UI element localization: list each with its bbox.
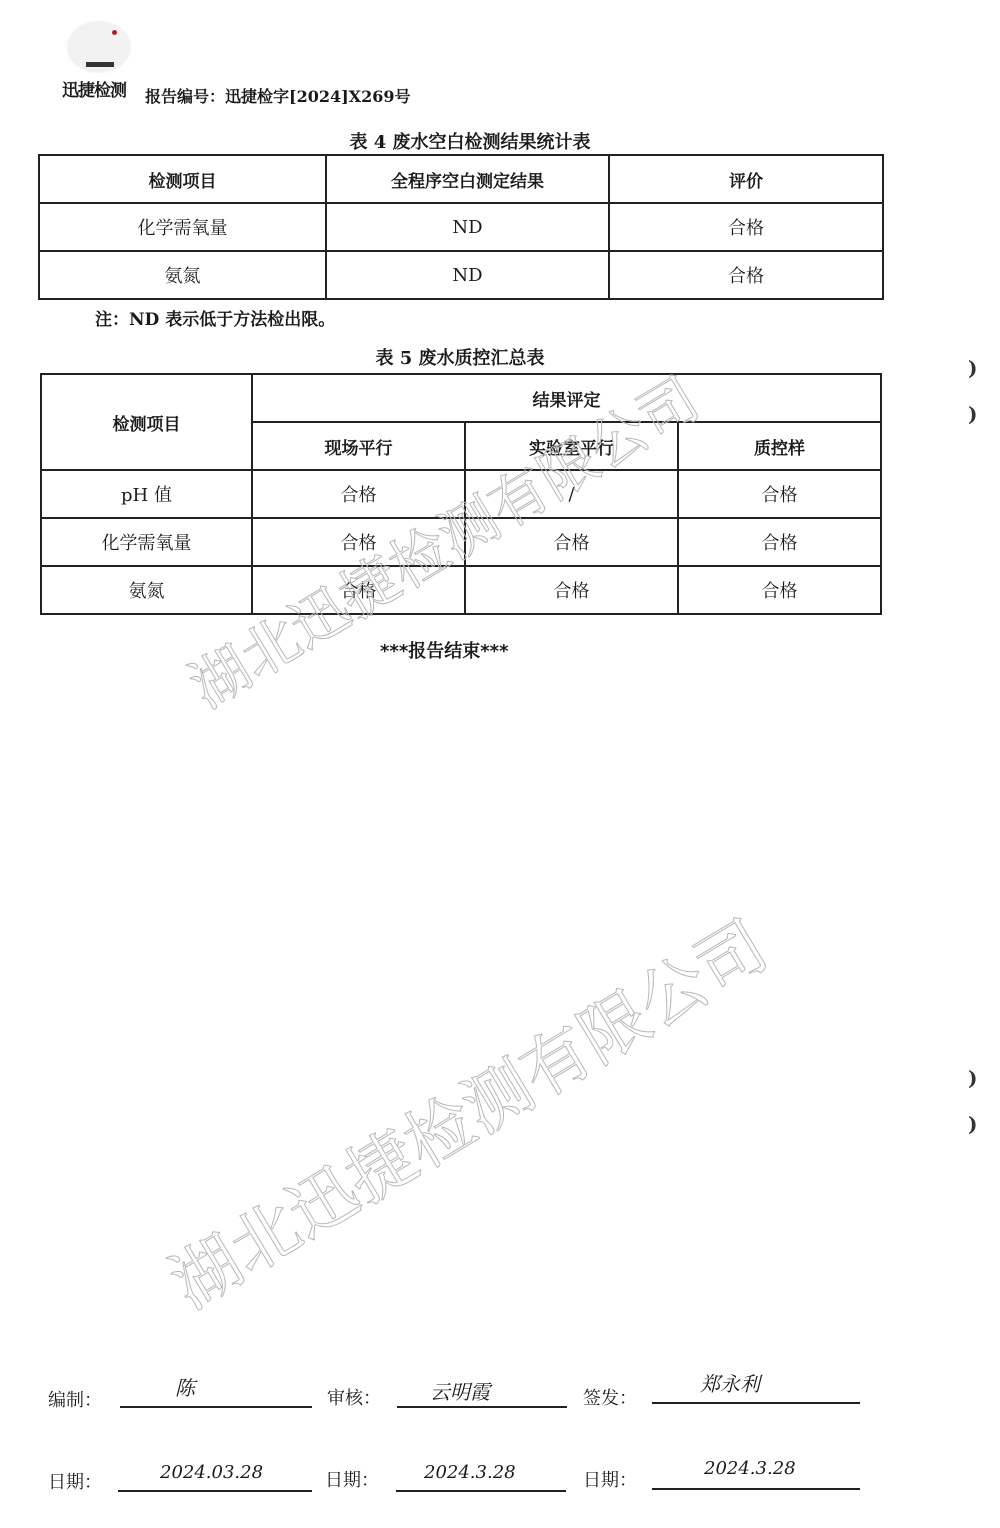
table-cell: 合格 bbox=[609, 203, 883, 251]
report-end-marker: ***报告结束*** bbox=[380, 637, 508, 663]
table-cell: 合格 bbox=[252, 566, 465, 614]
compiled-date: 2024.03.28 bbox=[160, 1462, 263, 1483]
table-cell: 合格 bbox=[465, 518, 678, 566]
approved-sign-line bbox=[652, 1402, 860, 1404]
table-cell: 合格 bbox=[465, 566, 678, 614]
table-cell: ND bbox=[326, 251, 609, 299]
binding-mark: ) bbox=[968, 356, 977, 380]
table5: 检测项目 结果评定 现场平行 实验室平行 质控样 pH 值 合格 / 合格 化学… bbox=[40, 373, 882, 615]
compiled-sign-line bbox=[120, 1406, 312, 1408]
table-cell: 合格 bbox=[252, 470, 465, 518]
logo-text: 迅捷检测 bbox=[62, 76, 132, 101]
approved-date-line bbox=[652, 1488, 860, 1490]
company-logo: 迅捷检测 bbox=[62, 22, 132, 101]
reviewed-label: 审核： bbox=[327, 1384, 381, 1410]
table-cell: / bbox=[465, 470, 678, 518]
table-row: 化学需氧量 合格 合格 合格 bbox=[41, 518, 881, 566]
table-cell: 氨氮 bbox=[39, 251, 326, 299]
approved-date-label: 日期： bbox=[583, 1466, 637, 1492]
approved-signature: 郑永利 bbox=[700, 1368, 760, 1397]
table-cell: 合格 bbox=[609, 251, 883, 299]
table5-subheader: 现场平行 bbox=[252, 422, 465, 470]
binding-mark: ) bbox=[968, 402, 977, 426]
table-row: 氨氮 ND 合格 bbox=[39, 251, 883, 299]
report-number: 报告编号：迅捷检字[2024]X269号 bbox=[145, 84, 411, 107]
table5-header-group: 结果评定 bbox=[252, 374, 881, 422]
reviewed-date-label: 日期： bbox=[325, 1466, 379, 1492]
reviewed-date-line bbox=[396, 1490, 566, 1492]
reviewed-sign-line bbox=[397, 1406, 567, 1408]
approved-label: 签发： bbox=[583, 1384, 637, 1410]
logo-emblem-icon bbox=[68, 22, 130, 72]
reviewed-date: 2024.3.28 bbox=[424, 1462, 516, 1483]
approved-date: 2024.3.28 bbox=[704, 1458, 796, 1479]
table5-caption: 表 5 废水质控汇总表 bbox=[330, 344, 590, 370]
binding-mark: ) bbox=[968, 1066, 977, 1090]
table-cell: 合格 bbox=[252, 518, 465, 566]
table-cell: pH 值 bbox=[41, 470, 252, 518]
table-cell: 化学需氧量 bbox=[39, 203, 326, 251]
table-cell: 化学需氧量 bbox=[41, 518, 252, 566]
table5-subheader: 实验室平行 bbox=[465, 422, 678, 470]
compiled-label: 编制： bbox=[48, 1386, 102, 1412]
table-cell: 合格 bbox=[678, 566, 881, 614]
table4-header: 全程序空白测定结果 bbox=[326, 155, 609, 203]
table5-header-item: 检测项目 bbox=[41, 374, 252, 470]
compiled-signature: 陈 bbox=[175, 1372, 195, 1401]
table4: 检测项目 全程序空白测定结果 评价 化学需氧量 ND 合格 氨氮 ND 合格 bbox=[38, 154, 884, 300]
table-row: 化学需氧量 ND 合格 bbox=[39, 203, 883, 251]
table-cell: 合格 bbox=[678, 470, 881, 518]
watermark-lower: 湖北迅捷检测有限公司 bbox=[150, 894, 783, 1327]
table4-header: 评价 bbox=[609, 155, 883, 203]
compiled-date-line bbox=[118, 1490, 312, 1492]
table4-caption: 表 4 废水空白检测结果统计表 bbox=[300, 128, 640, 154]
binding-mark: ) bbox=[968, 1112, 977, 1136]
table-row: pH 值 合格 / 合格 bbox=[41, 470, 881, 518]
table-cell: ND bbox=[326, 203, 609, 251]
table-row: 氨氮 合格 合格 合格 bbox=[41, 566, 881, 614]
compiled-date-label: 日期： bbox=[48, 1468, 102, 1494]
table-cell: 氨氮 bbox=[41, 566, 252, 614]
reviewed-signature: 云明霞 bbox=[430, 1376, 490, 1405]
table4-note: 注：ND 表示低于方法检出限。 bbox=[95, 305, 335, 330]
table4-header: 检测项目 bbox=[39, 155, 326, 203]
table5-subheader: 质控样 bbox=[678, 422, 881, 470]
table-cell: 合格 bbox=[678, 518, 881, 566]
